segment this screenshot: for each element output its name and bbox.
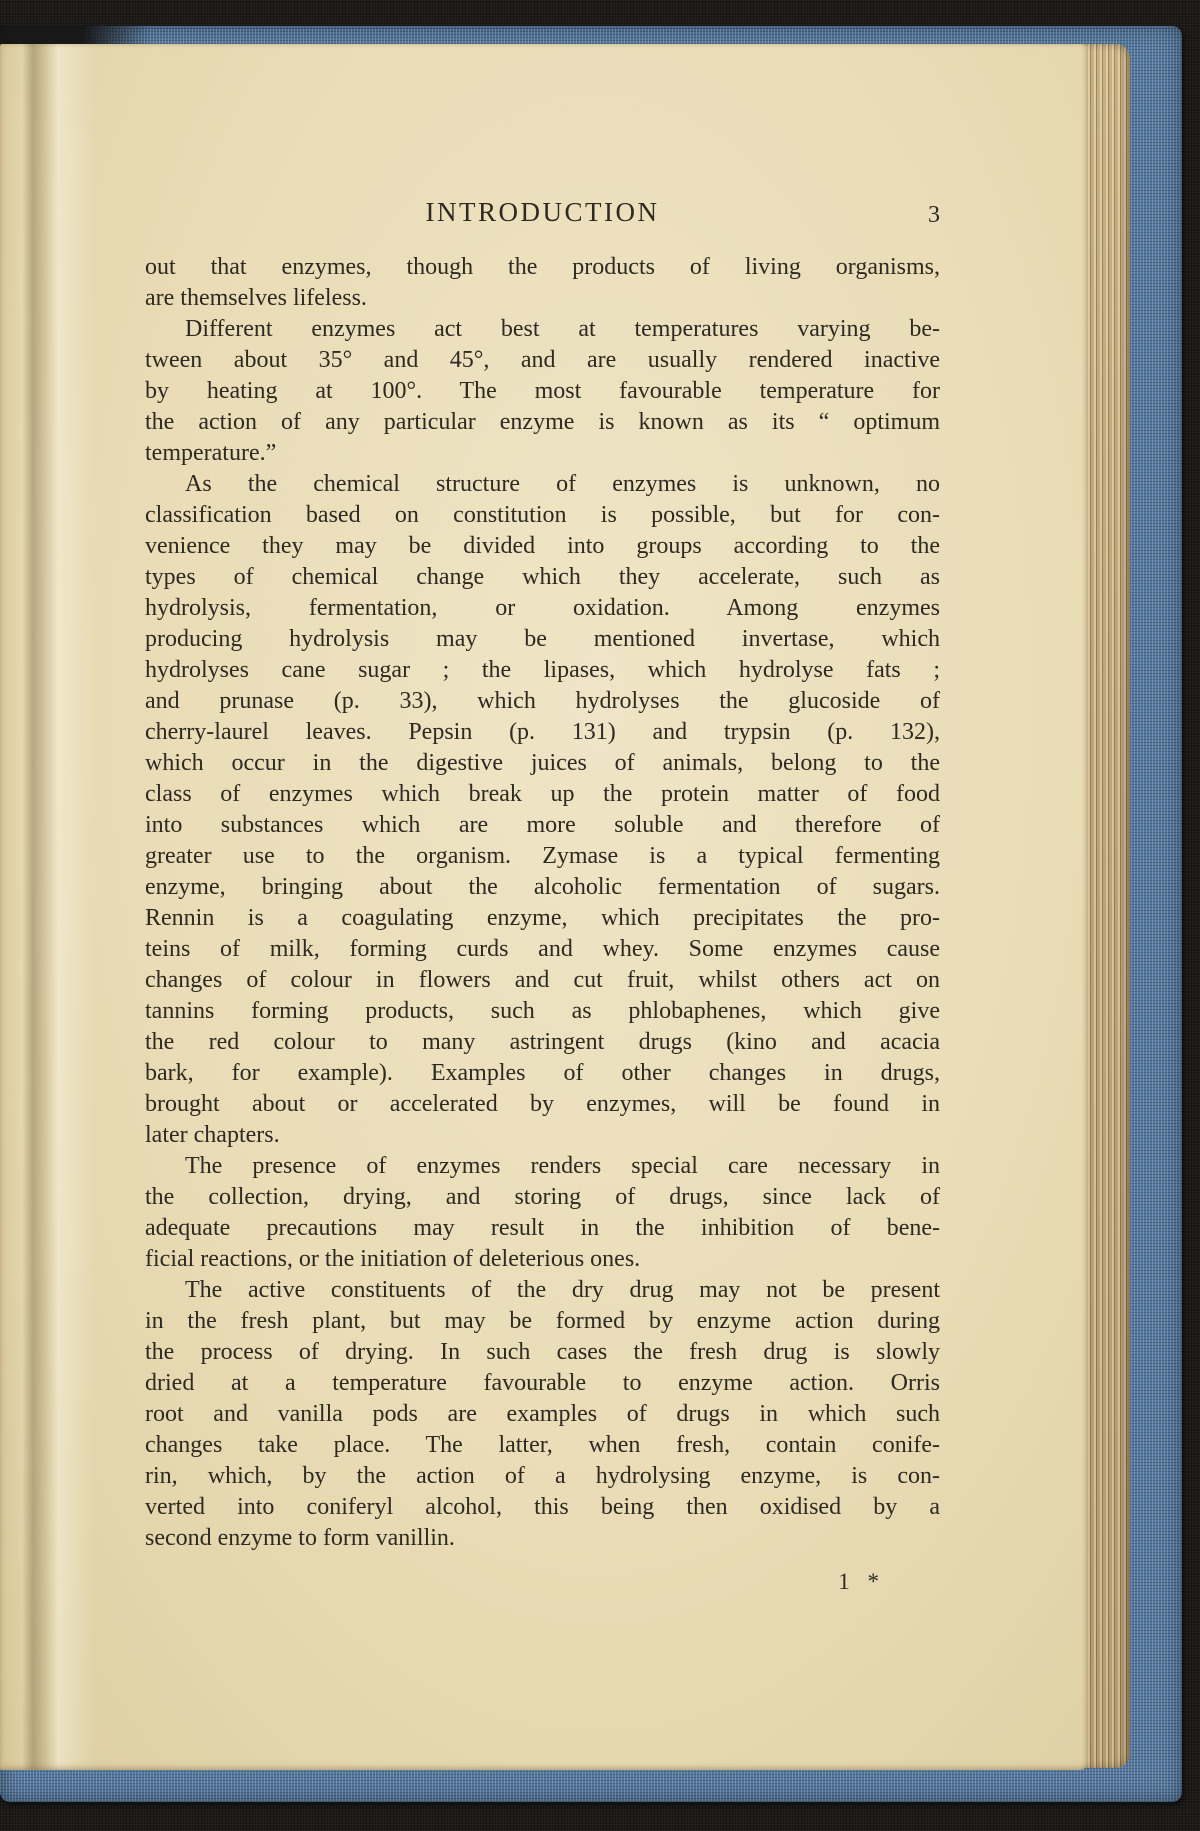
text-line: tween about 35° and 45°, and are usually…: [145, 345, 940, 376]
text-line: ficial reactions, or the initiation of d…: [145, 1244, 940, 1275]
text-line: The presence of enzymes renders special …: [145, 1151, 940, 1182]
text-line: dried at a temperature favourable to enz…: [145, 1368, 940, 1399]
page-title: INTRODUCTION: [145, 197, 940, 228]
page-number: 3: [928, 200, 940, 231]
text-block: out that enzymes, though the products of…: [145, 252, 940, 1554]
paragraph: The active constituents of the dry drug …: [145, 1275, 940, 1554]
text-line: temperature.”: [145, 438, 940, 469]
text-line: are themselves lifeless.: [145, 283, 940, 314]
text-line: Rennin is a coagulating enzyme, which pr…: [145, 903, 940, 934]
text-line: Different enzymes act best at temperatur…: [145, 314, 940, 345]
text-line: cherry-laurel leaves. Pepsin (p. 131) an…: [145, 717, 940, 748]
text-line: the red colour to many astringent drugs …: [145, 1027, 940, 1058]
text-line: later chapters.: [145, 1120, 940, 1151]
page-content: INTRODUCTION 3 out that enzymes, though …: [145, 197, 940, 1597]
text-line: The active constituents of the dry drug …: [145, 1275, 940, 1306]
book-page: INTRODUCTION 3 out that enzymes, though …: [0, 44, 1088, 1770]
text-line: rin, which, by the action of a hydrolysi…: [145, 1461, 940, 1492]
text-line: the action of any particular enzyme is k…: [145, 407, 940, 438]
text-line: hydrolysis, fermentation, or oxidation. …: [145, 593, 940, 624]
page-fore-edge-stack: [1082, 44, 1130, 1768]
paragraph: The presence of enzymes renders special …: [145, 1151, 940, 1275]
text-line: verted into coniferyl alcohol, this bein…: [145, 1492, 940, 1523]
text-line: out that enzymes, though the products of…: [145, 252, 940, 283]
text-line: in the fresh plant, but may be formed by…: [145, 1306, 940, 1337]
text-line: which occur in the digestive juices of a…: [145, 748, 940, 779]
text-line: into substances which are more soluble a…: [145, 810, 940, 841]
text-line: the process of drying. In such cases the…: [145, 1337, 940, 1368]
paragraph: As the chemical structure of enzymes is …: [145, 469, 940, 1151]
paragraph: out that enzymes, though the products of…: [145, 252, 940, 314]
text-line: changes of colour in flowers and cut fru…: [145, 965, 940, 996]
text-line: types of chemical change which they acce…: [145, 562, 940, 593]
paragraph: Different enzymes act best at temperatur…: [145, 314, 940, 469]
text-line: and prunase (p. 33), which hydrolyses th…: [145, 686, 940, 717]
text-line: second enzyme to form vanillin.: [145, 1523, 940, 1554]
text-line: As the chemical structure of enzymes is …: [145, 469, 940, 500]
text-line: bark, for example). Examples of other ch…: [145, 1058, 940, 1089]
text-line: enzyme, bringing about the alcoholic fer…: [145, 872, 940, 903]
text-line: producing hydrolysis may be mentioned in…: [145, 624, 940, 655]
text-line: tannins forming products, such as phloba…: [145, 996, 940, 1027]
text-line: the collection, drying, and storing of d…: [145, 1182, 940, 1213]
text-line: hydrolyses cane sugar ; the lipases, whi…: [145, 655, 940, 686]
photographed-book-scene: INTRODUCTION 3 out that enzymes, though …: [0, 0, 1200, 1831]
text-line: brought about or accelerated by enzymes,…: [145, 1089, 940, 1120]
text-line: root and vanilla pods are examples of dr…: [145, 1399, 940, 1430]
page-header: INTRODUCTION 3: [145, 197, 940, 228]
text-line: adequate precautions may result in the i…: [145, 1213, 940, 1244]
text-line: classification based on constitution is …: [145, 500, 940, 531]
text-line: greater use to the organism. Zymase is a…: [145, 841, 940, 872]
signature-mark: 1 *: [145, 1566, 940, 1597]
text-line: class of enzymes which break up the prot…: [145, 779, 940, 810]
text-line: changes take place. The latter, when fre…: [145, 1430, 940, 1461]
text-line: teins of milk, forming curds and whey. S…: [145, 934, 940, 965]
text-line: venience they may be divided into groups…: [145, 531, 940, 562]
text-line: by heating at 100°. The most favourable …: [145, 376, 940, 407]
